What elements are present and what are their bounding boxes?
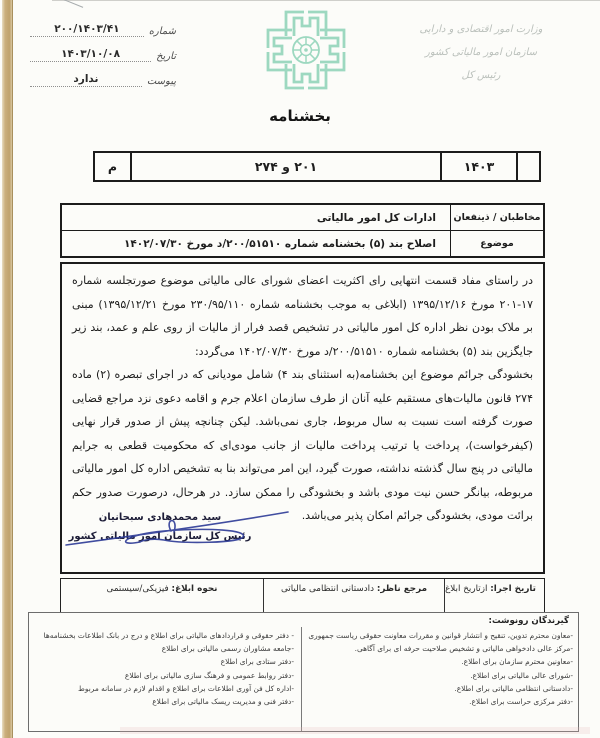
scanned-circular-document: شماره ۲۰۰/۱۴۰۳/۴۱ تاریخ ۱۴۰۳/۱۰/۰۸ پیوست… [0, 0, 600, 738]
copy-recipients-right-column: -معاون محترم تدوین، تنقیح و انتشار قوانی… [301, 627, 578, 731]
cc-item: -دفتر روابط عمومی و فرهنگ سازی مالیاتی ب… [33, 669, 294, 682]
classification-table: ۱۴۰۳ ۲۰۱ و ۲۷۴ م [93, 151, 541, 182]
recipients-subject-table: مخاطبان / ذینفعان ادارات کل امور مالیاتی… [60, 203, 545, 258]
body-paragraph-1: در راستای مفاد قسمت انتهایی رای اکثریت ا… [72, 269, 533, 363]
cc-item: -مرکز عالی دادخواهی مالیاتی و تشخیص صلاح… [306, 642, 573, 655]
scan-artifact [59, 0, 83, 8]
notification-method-cell: نحوه ابلاغ: فیزیکی/سیستمی [61, 579, 263, 612]
cc-item: -دادستانی انتظامی مالیاتی برای اطلاع. [306, 682, 573, 695]
organization-name: سازمان امور مالیاتی کشور [388, 41, 574, 64]
cc-item: -معاون محترم تدوین، تنقیح و انتشار قوانی… [306, 629, 573, 642]
copy-recipients-columns: -معاون محترم تدوین، تنقیح و انتشار قوانی… [29, 627, 578, 731]
cc-item: -معاونین محترم سازمان برای اطلاع. [306, 655, 573, 668]
attachment-value: ندارد [71, 73, 100, 86]
copy-recipients-box: گیرندگان رونوشت: -معاون محترم تدوین، تنق… [28, 612, 579, 732]
director-general-line: رئیس کل [388, 64, 574, 87]
copy-recipients-left-column: - دفتر حقوقی و قراردادهای مالیاتی برای ا… [29, 627, 301, 731]
notification-method-label: نحوه ابلاغ: [172, 584, 218, 594]
supervisor-label: مرجع ناظر: [377, 584, 427, 594]
scan-top-line [52, 0, 600, 1]
recipients-value: ادارات کل امور مالیاتی [62, 205, 450, 230]
classification-articles-cell: ۲۰۱ و ۲۷۴ [130, 153, 440, 180]
cc-item: -دفتر فنی و مدیریت ریسک مالیاتی برای اطل… [33, 695, 294, 708]
recipients-row: مخاطبان / ذینفعان ادارات کل امور مالیاتی [62, 205, 543, 231]
classification-year-cell: ۱۴۰۳ [440, 153, 516, 180]
cc-item: -جامعه مشاوران رسمی مالیاتی برای اطلاع [33, 642, 294, 655]
document-number-row: شماره ۲۰۰/۱۴۰۳/۴۱ [30, 16, 176, 37]
ministry-name: وزارت امور اقتصادی و دارایی [388, 18, 574, 41]
recipients-header: مخاطبان / ذینفعان [450, 205, 543, 230]
classification-blank-cell [516, 153, 539, 180]
scan-smudge [120, 727, 590, 734]
subject-value: اصلاح بند (۵) بخشنامه شماره ۲۰۰/۵۱۵۱۰/د … [62, 231, 450, 256]
execution-date-cell: تاریخ اجرا: ازتاریخ ابلاغ [444, 579, 544, 612]
signature-scribble [52, 500, 297, 562]
execution-date-label: تاریخ اجرا: [490, 584, 536, 594]
cc-item: -اداره کل فن آوری اطلاعات برای اطلاع و ا… [33, 682, 294, 695]
document-title: بخشنامه [0, 107, 600, 125]
document-number-label: شماره [144, 26, 176, 37]
subject-row: موضوع اصلاح بند (۵) بخشنامه شماره ۲۰۰/۵۱… [62, 231, 543, 256]
cc-item: -دفتر مرکزی حراست برای اطلاع. [306, 695, 573, 708]
document-date-row: تاریخ ۱۴۰۳/۱۰/۰۸ [30, 41, 176, 62]
tax-administration-emblem-icon [258, 6, 354, 94]
supervisor-value: دادستانی انتظامی مالیاتی [281, 584, 374, 594]
document-number-value: ۲۰۰/۱۴۰۳/۴۱ [52, 23, 121, 36]
classification-code-cell: م [95, 153, 130, 180]
subject-header: موضوع [450, 231, 543, 256]
execution-date-value: ازتاریخ ابلاغ [445, 584, 487, 594]
cc-item: -دفتر ستادی برای اطلاع [33, 655, 294, 668]
footer-info-row: تاریخ اجرا: ازتاریخ ابلاغ مرجع ناظر: داد… [60, 578, 545, 613]
supervisor-cell: مرجع ناظر: دادستانی انتظامی مالیاتی [263, 579, 444, 612]
cc-item: -شورای عالی مالیاتی برای اطلاع. [306, 669, 573, 682]
copy-recipients-title: گیرندگان رونوشت: [29, 613, 578, 627]
attachment-label: پیوست [142, 76, 176, 87]
document-date-value: ۱۴۰۳/۱۰/۰۸ [59, 48, 122, 61]
document-date-label: تاریخ [151, 51, 176, 62]
letterhead-organization: وزارت امور اقتصادی و دارایی سازمان امور … [388, 18, 574, 87]
letterhead-meta: شماره ۲۰۰/۱۴۰۳/۴۱ تاریخ ۱۴۰۳/۱۰/۰۸ پیوست… [30, 16, 176, 91]
cc-item: - دفتر حقوقی و قراردادهای مالیاتی برای ا… [33, 629, 294, 642]
attachment-row: پیوست ندارد [30, 66, 176, 87]
notification-method-value: فیزیکی/سیستمی [106, 584, 168, 594]
